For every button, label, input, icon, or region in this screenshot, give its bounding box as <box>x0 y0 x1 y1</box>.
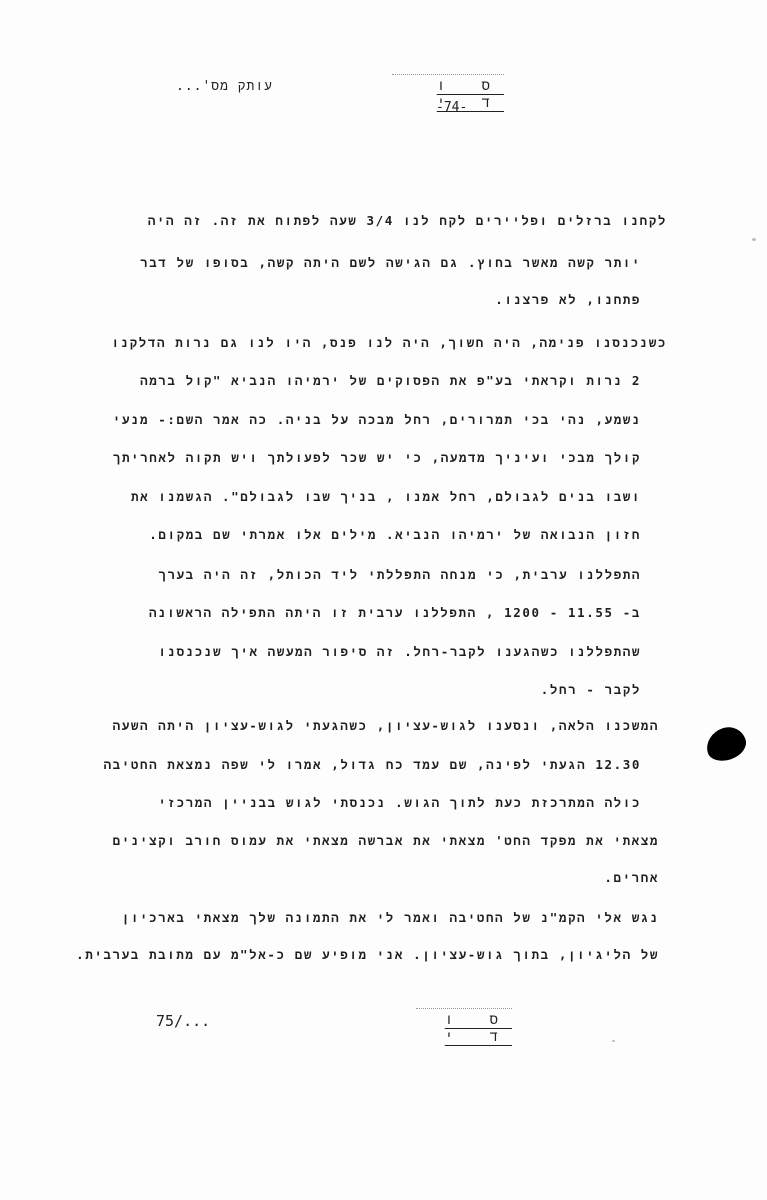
copy-number: עותק מס'... <box>176 79 273 94</box>
text-line: נגש אלי הקמ"נ של החטיבה ואמר לי את התמונ… <box>122 910 659 926</box>
document-page: ס ו ד י עותק מס'... -74- לקחנו ברזלים ופ… <box>0 0 767 1200</box>
text-line: ב- 11.55 - 1200 , התפללנו ערבית זו היתה … <box>149 605 641 621</box>
page-number: -74- <box>436 100 467 115</box>
text-line: ושבו בנים לגבולם, רחל אמנו , בניך שבו לג… <box>131 489 641 505</box>
text-line: כולה המתרכזת כעת לתוך הגוש. נכנסתי לגוש … <box>158 795 641 811</box>
text-line: נשמע, נהי בכי תמרורים, רחל מבכה על בניה.… <box>113 412 641 428</box>
text-line: יותר קשה מאשר בחוץ. גם הגישה לשם היתה קש… <box>140 255 641 271</box>
text-line: אחרים. <box>604 870 659 886</box>
scan-speck <box>612 1040 615 1042</box>
classification-footer: ס ו ד י <box>416 1012 512 1046</box>
text-line: לקבר - רחל. <box>541 682 641 698</box>
ink-blot <box>702 723 750 766</box>
text-line: התפללנו ערבית, כי מנחה התפללתי ליד הכותל… <box>158 567 641 583</box>
text-line: קולך מבכי ועיניך מדמעה, כי יש שכר לפעולת… <box>113 450 641 466</box>
text-line: לקחנו ברזלים ופליירים לקח לנו 3/4 שעה לפ… <box>148 213 667 229</box>
text-line: המשכנו הלאה, ונסענו לגוש-עציון, כשהגעתי … <box>113 718 659 734</box>
text-line: כשנכנסנו פנימה, היה חשוך, היה לנו פנס, ה… <box>111 335 667 351</box>
text-line: שהתפללנו כשהגענו לקבר-רחל. זה סיפור המעש… <box>158 644 641 660</box>
scan-speck <box>752 238 756 241</box>
text-line: 12.30 הגעתי לפינה, שם עמד כח גדול, אמרו … <box>104 757 641 773</box>
text-line: פתחנו, לא פרצנו. <box>495 292 641 308</box>
text-line: של הליגיון, בתוך גוש-עציון. אני מופיע שם… <box>76 947 659 963</box>
text-line: חזון הנבואה של ירמיהו הנביא. מילים אלו א… <box>149 527 641 543</box>
continuation-marker: 75/... <box>156 1012 210 1030</box>
text-line: 2 נרות וקראתי בע"פ את הפסוקים של ירמיהו … <box>140 373 641 389</box>
text-line: מצאתי את מפקד החט' מצאתי את אברשה מצאתי … <box>113 833 659 849</box>
